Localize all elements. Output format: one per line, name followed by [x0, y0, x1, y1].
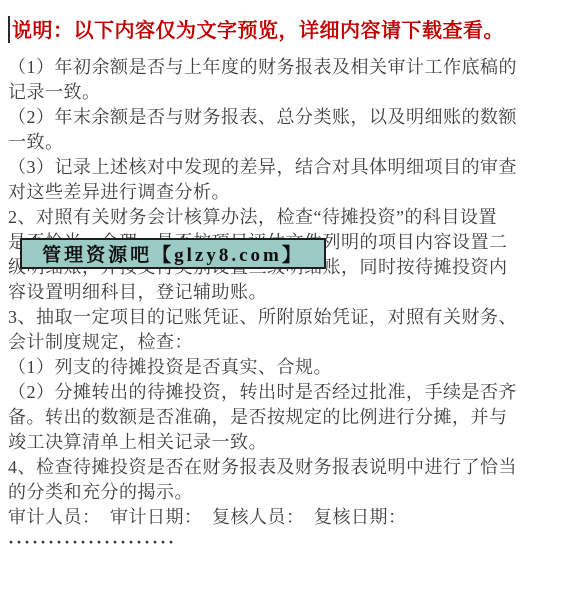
text-line: 竣工决算清单上相关记录一致。	[8, 430, 542, 455]
text-line: （2）分摊转出的待摊投资，转出时是否经过批准，手续是否齐	[8, 380, 542, 405]
preview-notice-row: 说明：以下内容仅为文字预览，详细内容请下载查看。	[8, 14, 504, 43]
text-line: 对这些差异进行调查分析。	[8, 180, 542, 205]
document-preview-page: 说明：以下内容仅为文字预览，详细内容请下载查看。 （1）年初余额是否与上年度的财…	[0, 0, 578, 600]
text-line: 3、抽取一定项目的记账凭证、所附原始凭证，对照有关财务、	[8, 305, 542, 330]
text-cursor	[8, 16, 10, 43]
text-line: （3）记录上述核对中发现的差异，结合对具体明细项目的审查	[8, 155, 542, 180]
watermark-text: 管理资源吧【glzy8.com】	[42, 240, 304, 267]
text-line: 审计人员： 审计日期： 复核人员： 复核日期：	[8, 505, 542, 530]
text-line: 一致。	[8, 130, 542, 155]
text-line: 容设置明细科目，登记辅助账。	[8, 280, 542, 305]
text-line: 的分类和充分的揭示。	[8, 480, 542, 505]
text-line: （1）年初余额是否与上年度的财务报表及相关审计工作底稿的	[8, 55, 542, 80]
text-line: 备。转出的数额是否准确，是否按规定的比例进行分摊，并与	[8, 405, 542, 430]
preview-notice: 说明：以下内容仅为文字预览，详细内容请下载查看。	[12, 14, 504, 43]
document-body[interactable]: （1）年初余额是否与上年度的财务报表及相关审计工作底稿的记录一致。（2）年末余额…	[8, 55, 542, 555]
text-line: 会计制度规定，检查：	[8, 330, 542, 355]
dots-line: ·····················	[8, 530, 542, 555]
text-line: （1）列支的待摊投资是否真实、合规。	[8, 355, 542, 380]
text-line: （2）年末余额是否与财务报表、总分类账，以及明细账的数额	[8, 105, 542, 130]
watermark-badge: 管理资源吧【glzy8.com】	[20, 238, 326, 269]
text-line: 记录一致。	[8, 80, 542, 105]
text-line: 2、对照有关财务会计核算办法，检查“待摊投资”的科目设置	[8, 205, 542, 230]
text-line: 4、检查待摊投资是否在财务报表及财务报表说明中进行了恰当	[8, 455, 542, 480]
